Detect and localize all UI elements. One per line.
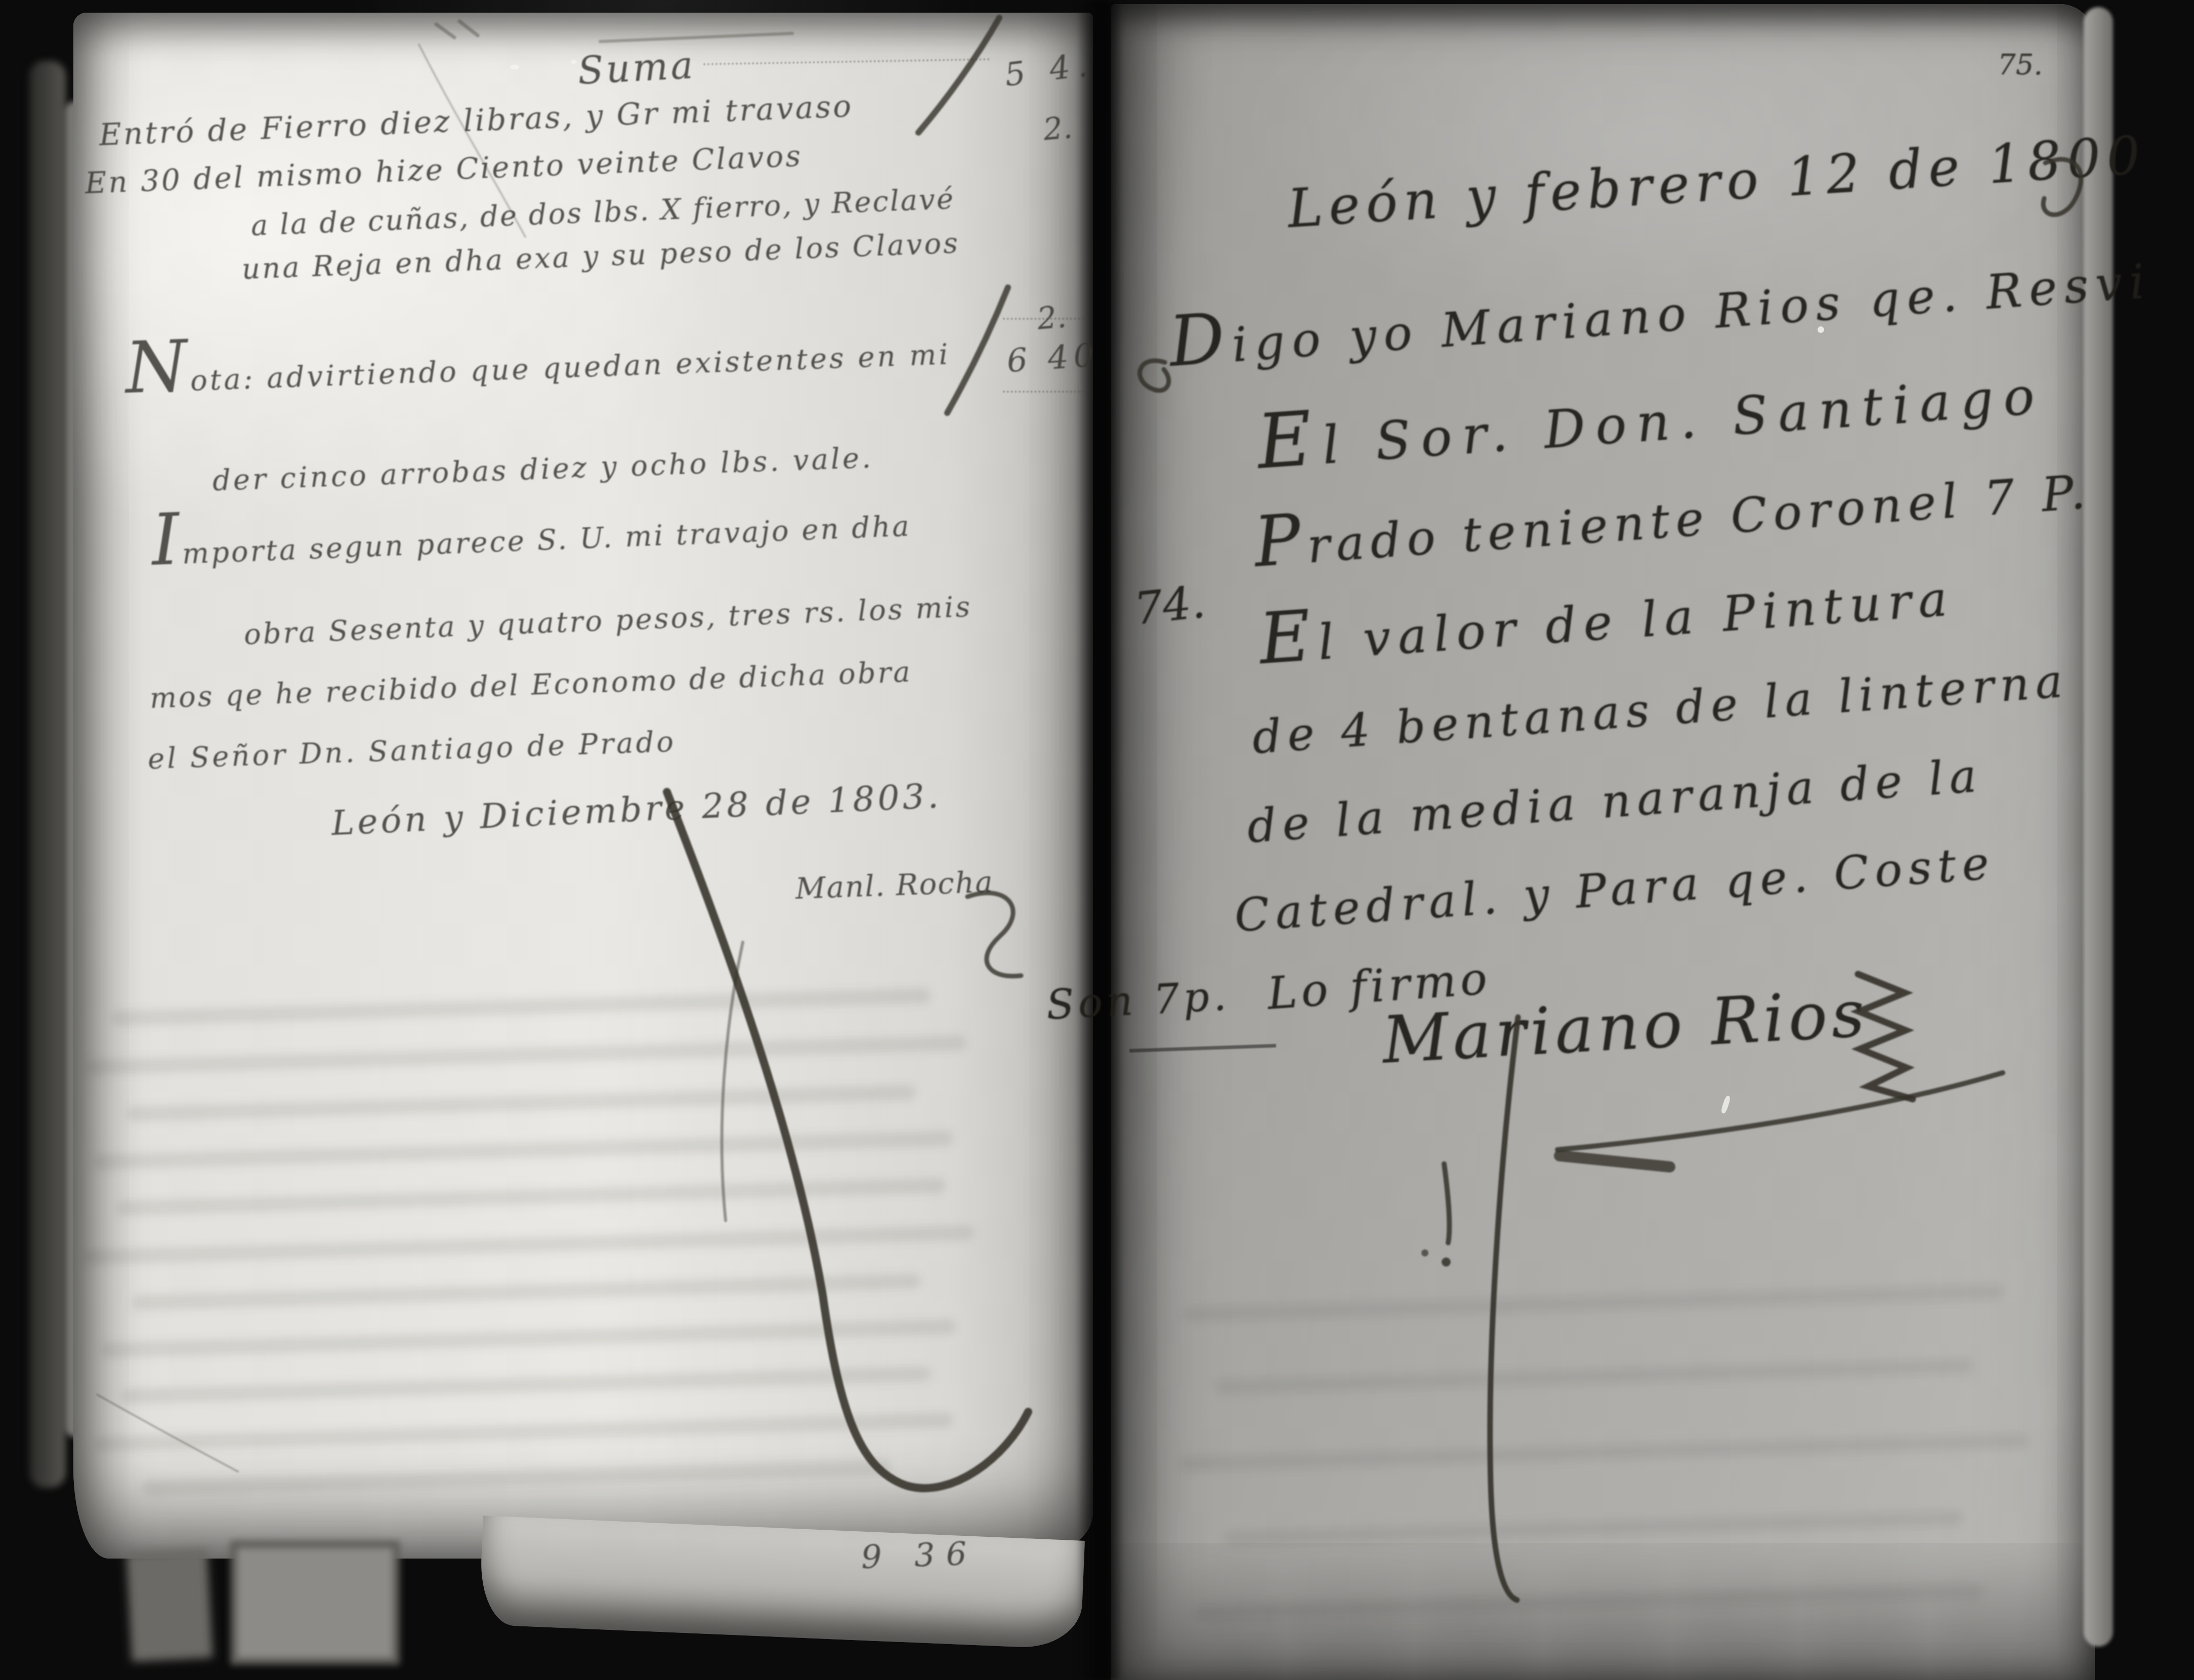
crease-line (97, 1395, 238, 1472)
rocha-rubric (967, 893, 1021, 977)
strike-line (600, 33, 792, 41)
column-slash (918, 18, 999, 133)
signature-thick-dash (1559, 1156, 1670, 1167)
ink-flourishes (0, 0, 2194, 1680)
signature-underline (1557, 1073, 2003, 1150)
paragraph-mark (1140, 361, 1168, 391)
dateline-rubric (2043, 159, 2081, 215)
column-slash (947, 287, 1008, 413)
ink-mark (1444, 1164, 1449, 1243)
ink-dot (1421, 1249, 1428, 1256)
signature-descender (1490, 1017, 1518, 1600)
manuscript-scan: Suma 5 4. 2. 2. 6 40 Entró de Fierro die… (0, 0, 2194, 1680)
signature-zigzag-rubric (1858, 974, 1913, 1099)
crossed-out-mark (436, 21, 478, 37)
ink-dot (1442, 1257, 1451, 1267)
crease-line (419, 45, 525, 237)
